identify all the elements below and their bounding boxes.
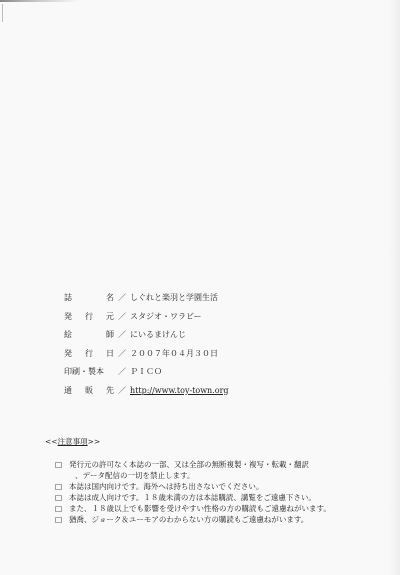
notice-text: また、１８歳以上でも影響を受けやすい性格の方の購読もご遠慮ねがいます。	[69, 503, 331, 514]
colophon-label: 印刷・製本	[64, 363, 114, 382]
colophon-block: 誌 名 ／ しぐれと楽羽と学園生活 発 行 元 ／ スタジオ・ワラビー 絵 師 …	[64, 289, 229, 400]
colophon-value-printer: ＰＩＣＯ	[130, 363, 162, 382]
colophon-row-artist: 絵 師 ／ にいるまけんじ	[64, 326, 229, 345]
notice-item: □ 本誌は成人向けです。１８歳未満の方は本誌購読、講覧をご遠慮下さい。	[55, 492, 331, 503]
mail-order-url: http://www.toy-town.org	[130, 382, 229, 401]
separator: ／	[114, 345, 130, 364]
colophon-label: 通 販 先	[64, 382, 114, 401]
scan-shadow-right	[388, 0, 400, 575]
notice-item: □ また、１８歳以上でも影響を受けやすい性格の方の購読もご遠慮ねがいます。	[55, 503, 331, 514]
separator: ／	[114, 326, 130, 345]
checkbox-square-icon: □	[55, 492, 69, 503]
colophon-label: 誌 名	[64, 289, 114, 308]
colophon-row-title: 誌 名 ／ しぐれと楽羽と学園生活	[64, 289, 229, 308]
colophon-row-mail-order: 通 販 先 ／ http://www.toy-town.org	[64, 382, 229, 401]
notice-item: □ 猶喬、ジョーク＆ユーモアのわからない方の購読もご遠慮ねがいます。	[55, 514, 331, 525]
colophon-row-date: 発 行 日 ／ ２００７年０４月３０日	[64, 345, 229, 364]
notice-text: 発行元の許可なく本誌の一部、又は全部の無断複製・複写・転載・翻訳	[69, 460, 309, 469]
notice-item: □ 発行元の許可なく本誌の一部、又は全部の無断複製・複写・転載・翻訳 、データ配…	[55, 459, 331, 481]
separator: ／	[114, 308, 130, 327]
colophon-label: 発 行 日	[64, 345, 114, 364]
colophon-label: 発 行 元	[64, 308, 114, 327]
separator: ／	[114, 382, 130, 401]
separator: ／	[114, 289, 130, 308]
colophon-value-date: ２００７年０４月３０日	[130, 345, 218, 364]
colophon-row-printer: 印刷・製本 ／ ＰＩＣＯ	[64, 363, 229, 382]
scan-artifact-left	[2, 4, 3, 22]
notice-text-continued: 、データ配信の一切を禁止します。	[69, 471, 194, 480]
colophon-value-artist: にいるまけんじ	[130, 326, 186, 345]
colophon-value-publisher: スタジオ・ワラビー	[130, 308, 202, 327]
separator: ／	[114, 363, 130, 382]
notice-item: □ 本誌は国内向けです。海外へは持ち出さないでください。	[55, 481, 331, 492]
notice-list: □ 発行元の許可なく本誌の一部、又は全部の無断複製・複写・転載・翻訳 、データ配…	[55, 459, 331, 525]
checkbox-square-icon: □	[55, 459, 69, 481]
checkbox-square-icon: □	[55, 514, 69, 525]
checkbox-square-icon: □	[55, 503, 69, 514]
checkbox-square-icon: □	[55, 481, 69, 492]
notice-text: 本誌は国内向けです。海外へは持ち出さないでください。	[69, 481, 263, 492]
colophon-value-title: しぐれと楽羽と学園生活	[130, 289, 218, 308]
notice-heading: <<注意事項>>	[45, 436, 100, 447]
colophon-row-publisher: 発 行 元 ／ スタジオ・ワラビー	[64, 308, 229, 327]
notice-text: 猶喬、ジョーク＆ユーモアのわからない方の購読もご遠慮ねがいます。	[69, 514, 308, 525]
colophon-label: 絵 師	[64, 326, 114, 345]
notice-text: 本誌は成人向けです。１８歳未満の方は本誌購読、講覧をご遠慮下さい。	[69, 492, 316, 503]
scan-artifact-top	[0, 0, 80, 2]
